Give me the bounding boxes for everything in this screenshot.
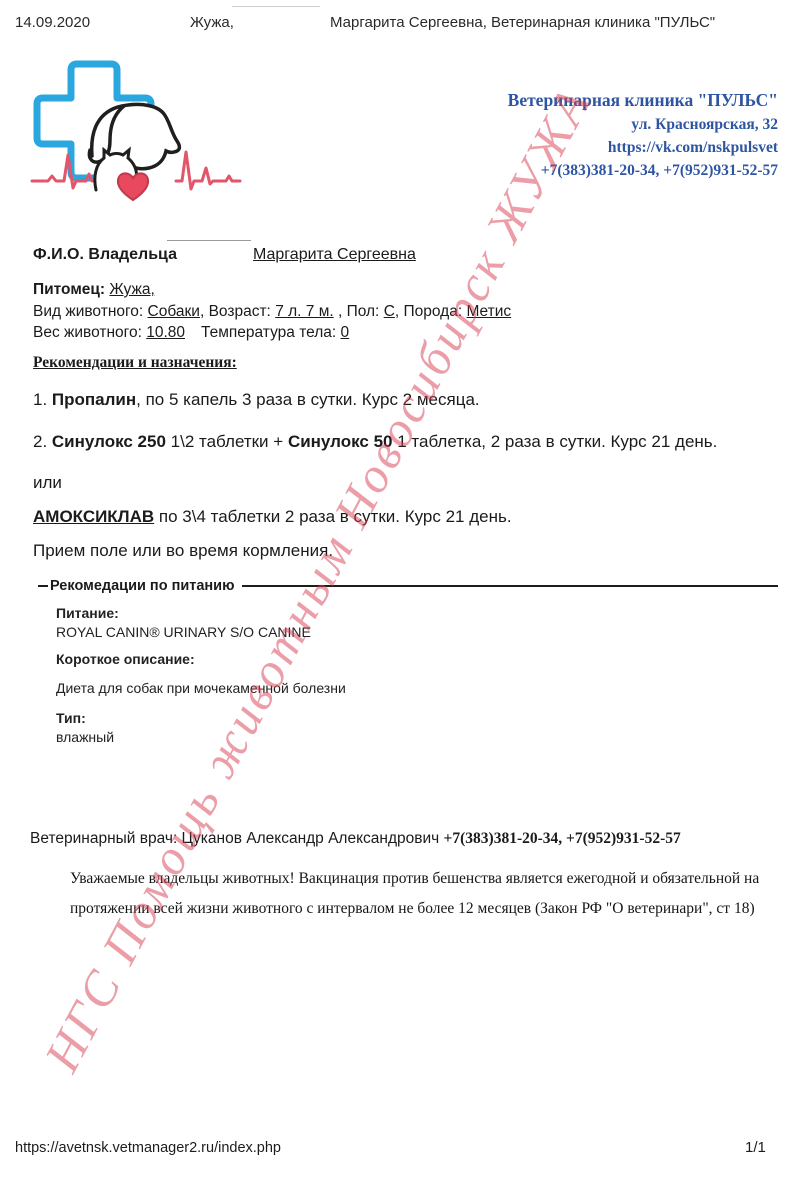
clinic-info-block: Ветеринарная клиника "ПУЛЬС" ул. Красноя… <box>508 88 778 182</box>
legend-rule <box>242 585 778 587</box>
drug-name: Синулокс 50 <box>288 432 393 451</box>
nutrition-recommendation-box: Рекомедации по питанию Питание: ROYAL CA… <box>38 578 778 745</box>
pet-breed-label: Порода: <box>404 303 463 320</box>
scan-header-owner-clinic: Маргарита Сергеевна, Ветеринарная клиник… <box>330 14 715 31</box>
clinic-logo <box>30 56 245 208</box>
pet-breed-value: Метис <box>466 303 511 320</box>
vet-doctor-phones: +7(383)381-20-34, +7(952)931-52-57 <box>444 830 681 847</box>
clinic-address: ул. Красноярская, 32 <box>508 113 778 136</box>
heart-icon <box>118 173 148 200</box>
intake-note: Прием поле или во время кормления. <box>33 541 333 561</box>
legend-dash <box>38 585 48 587</box>
pet-name: Жужа, <box>109 281 154 298</box>
scan-header-pet: Жужа, <box>190 14 234 31</box>
pet-temp-label: Температура тела: <box>185 324 336 341</box>
nutrition-body: Питание: ROYAL CANIN® URINARY S/O CANINE… <box>38 605 778 745</box>
desc-label: Короткое описание: <box>56 651 778 667</box>
food-value: ROYAL CANIN® URINARY S/O CANINE <box>56 624 778 640</box>
item-number: 1. <box>33 390 52 409</box>
item-text: 1 таблетка, 2 раза в сутки. Курс 21 день… <box>393 432 718 451</box>
item-text: 1\2 таблетки + <box>166 432 288 451</box>
pet-age-value: 7 л. 7 м. <box>275 303 333 320</box>
drug-name: Синулокс 250 <box>52 432 166 451</box>
pet-label: Питомец: <box>33 281 105 298</box>
pet-weight-value: 10.80 <box>146 324 185 341</box>
clinic-vk-link: https://vk.com/nskpulsvet <box>508 136 778 159</box>
drug-name: Пропалин <box>52 390 136 409</box>
pet-temp-value: 0 <box>341 324 350 341</box>
scan-artifact-line-top <box>232 6 320 7</box>
rabies-vaccination-disclaimer: Уважаемые владельцы животных! Вакцинация… <box>70 864 759 924</box>
pet-sex-value: С <box>384 303 395 320</box>
sep: , <box>395 303 404 320</box>
owner-field-value: Маргарита Сергеевна <box>253 246 416 264</box>
recommendations-heading: Рекомендации и назначения: <box>33 354 237 372</box>
scan-header-date: 14.09.2020 <box>15 14 90 31</box>
pet-kind-value: Собаки <box>148 303 200 320</box>
ecg-line-right <box>176 152 240 189</box>
clinic-phones: +7(383)381-20-34, +7(952)931-52-57 <box>508 159 778 182</box>
vet-doctor-line: Ветеринарный врач: Цуканов Александр Але… <box>30 830 681 848</box>
alternative-item: АМОКСИКЛАВ по 3\4 таблетки 2 раза в сутк… <box>33 507 512 527</box>
disclaimer-line-2: протяжении всей жизни животного с интерв… <box>70 894 759 924</box>
item-text: по 3\4 таблетки 2 раза в сутки. Курс 21 … <box>154 507 511 526</box>
clinic-name: Ветеринарная клиника "ПУЛЬС" <box>508 88 778 113</box>
nutrition-legend: Рекомедации по питанию <box>48 578 236 594</box>
food-label: Питание: <box>56 605 778 621</box>
scan-artifact-line-owner <box>167 240 251 241</box>
disclaimer-line-1: Уважаемые владельцы животных! Вакцинация… <box>70 864 759 894</box>
pet-age-label: Возраст: <box>209 303 271 320</box>
recommendation-item-2: 2. Синулокс 250 1\2 таблетки + Синулокс … <box>33 432 717 452</box>
desc-value: Диета для собак при мочекаменной болезни <box>56 680 778 696</box>
nutrition-legend-row: Рекомедации по питанию <box>38 578 778 594</box>
footer-url: https://avetnsk.vetmanager2.ru/index.php <box>15 1140 281 1156</box>
pet-weight-label: Вес животного: <box>33 324 142 341</box>
pet-sex-label: Пол: <box>347 303 380 320</box>
type-value: влажный <box>56 729 778 745</box>
pet-kind-label: Вид животного: <box>33 303 143 320</box>
owner-field-label: Ф.И.О. Владельца <box>33 246 177 264</box>
pet-details-line: Вид животного: Собаки, Возраст: 7 л. 7 м… <box>33 301 511 323</box>
item-text: , по 5 капель 3 раза в сутки. Курс 2 мес… <box>136 390 480 409</box>
pet-name-line: Питомец: Жужа, <box>33 279 511 301</box>
recommendation-item-1: 1. Пропалин, по 5 капель 3 раза в сутки.… <box>33 390 480 410</box>
vet-doctor-name: Ветеринарный врач: Цуканов Александр Але… <box>30 830 444 847</box>
ecg-line-left <box>32 155 96 188</box>
pet-info-block: Питомец: Жужа, Вид животного: Собаки, Во… <box>33 279 511 344</box>
drug-name: АМОКСИКЛАВ <box>33 507 154 526</box>
type-label: Тип: <box>56 710 778 726</box>
sep: , <box>200 303 209 320</box>
sep: , <box>334 303 347 320</box>
or-separator: или <box>33 473 62 493</box>
clinic-logo-svg <box>30 56 245 208</box>
footer-page-number: 1/1 <box>745 1139 766 1156</box>
pet-weight-line: Вес животного: 10.80Температура тела: 0 <box>33 322 511 344</box>
item-number: 2. <box>33 432 52 451</box>
